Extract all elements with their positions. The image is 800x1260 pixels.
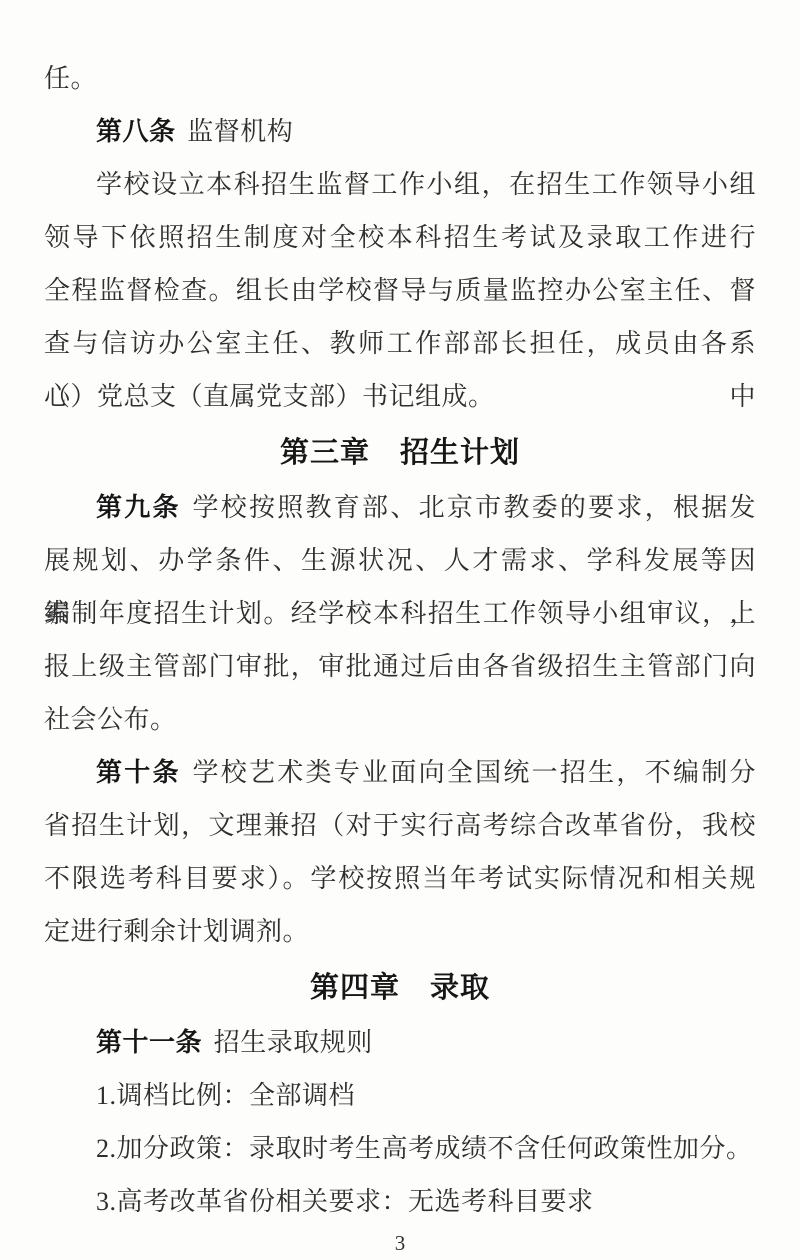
- article-number: 第八条: [96, 117, 176, 146]
- article-number: 第十条: [96, 758, 181, 787]
- body-line: 领导下依照招生制度对全校本科招生考试及录取工作进行: [44, 211, 756, 264]
- document-body: 任。第八条监督机构学校设立本科招生监督工作小组，在招生工作领导小组领导下依照招生…: [44, 52, 756, 1228]
- body-line: 报上级主管部门审批，审批通过后由各省级招生主管部门向: [44, 640, 756, 693]
- article-line: 第八条监督机构: [44, 105, 756, 158]
- body-line: 省招生计划，文理兼招（对于实行高考综合改革省份，我校: [44, 799, 756, 852]
- article-line: 第十条学校艺术类专业面向全国统一招生，不编制分: [44, 746, 756, 799]
- body-line: 1.调档比例：全部调档: [44, 1069, 756, 1122]
- article-number: 第九条: [96, 493, 181, 522]
- page-number: 3: [0, 1231, 800, 1256]
- chapter-heading: 第四章 录取: [44, 962, 756, 1015]
- body-line: 任。: [44, 52, 756, 105]
- article-text: 监督机构: [187, 117, 293, 146]
- body-line: 展规划、办学条件、生源状况、人才需求、学科发展等因素，: [44, 534, 756, 587]
- body-line: 3.高考改革省份相关要求：无选考科目要求: [44, 1175, 756, 1228]
- body-line: 全程监督检查。组长由学校督导与质量监控办公室主任、督: [44, 264, 756, 317]
- body-line: 定进行剩余计划调剂。: [44, 905, 756, 958]
- body-line: 查与信访办公室主任、教师工作部部长担任，成员由各系（中: [44, 317, 756, 370]
- body-line: 学校设立本科招生监督工作小组，在招生工作领导小组: [44, 158, 756, 211]
- article-text: 学校艺术类专业面向全国统一招生，不编制分: [192, 758, 756, 787]
- article-text: 学校按照教育部、北京市教委的要求，根据发: [192, 493, 756, 522]
- body-line: 2.加分政策：录取时考生高考成绩不含任何政策性加分。: [44, 1122, 756, 1175]
- article-line: 第十一条招生录取规则: [44, 1016, 756, 1069]
- document-page: 任。第八条监督机构学校设立本科招生监督工作小组，在招生工作领导小组领导下依照招生…: [0, 0, 800, 1260]
- chapter-heading: 第三章 招生计划: [44, 427, 756, 480]
- article-text: 招生录取规则: [214, 1028, 373, 1057]
- body-line: 社会公布。: [44, 693, 756, 746]
- body-line: 编制年度招生计划。经学校本科招生工作领导小组审议，上: [44, 587, 756, 640]
- article-number: 第十一条: [96, 1028, 202, 1057]
- article-line: 第九条学校按照教育部、北京市教委的要求，根据发: [44, 481, 756, 534]
- body-line: 不限选考科目要求）。学校按照当年考试实际情况和相关规: [44, 852, 756, 905]
